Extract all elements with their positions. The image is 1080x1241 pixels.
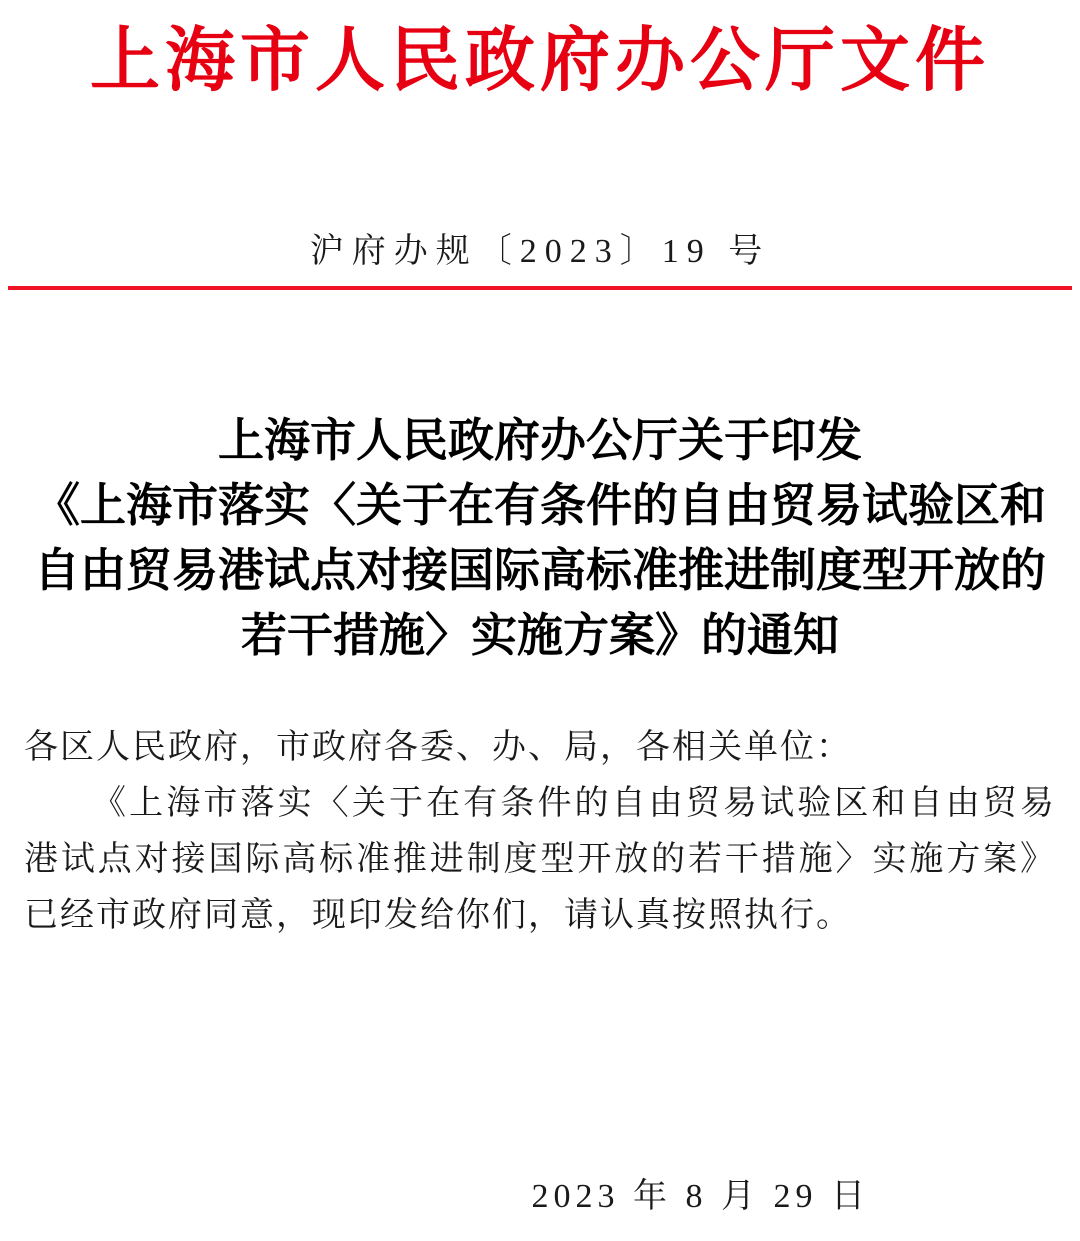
- agency-header-title: 上海市人民政府办公厅文件: [0, 14, 1080, 110]
- red-divider-rule: [8, 286, 1072, 290]
- title-line-3: 自由贸易港试点对接国际高标准推进制度型开放的: [0, 538, 1080, 603]
- title-line-2: 《上海市落实〈关于在有条件的自由贸易试验区和: [0, 473, 1080, 538]
- document-date: 2023 年 8 月 29 日: [0, 1174, 1080, 1220]
- document-page: 上海市人民政府办公厅文件 沪府办规〔2023〕19 号 上海市人民政府办公厅关于…: [0, 0, 1080, 1241]
- document-body: 各区人民政府，市政府各委、办、局，各相关单位： 《上海市落实〈关于在有条件的自由…: [0, 720, 1080, 944]
- title-line-1: 上海市人民政府办公厅关于印发: [0, 408, 1080, 473]
- document-number: 沪府办规〔2023〕19 号: [0, 230, 1080, 274]
- body-salutation: 各区人民政府，市政府各委、办、局，各相关单位：: [24, 720, 1056, 776]
- title-line-4: 若干措施〉实施方案》的通知: [0, 603, 1080, 668]
- document-header: 上海市人民政府办公厅文件: [0, 0, 1080, 110]
- body-paragraph: 《上海市落实〈关于在有条件的自由贸易试验区和自由贸易港试点对接国际高标准推进制度…: [24, 776, 1056, 944]
- document-title: 上海市人民政府办公厅关于印发 《上海市落实〈关于在有条件的自由贸易试验区和 自由…: [0, 408, 1080, 668]
